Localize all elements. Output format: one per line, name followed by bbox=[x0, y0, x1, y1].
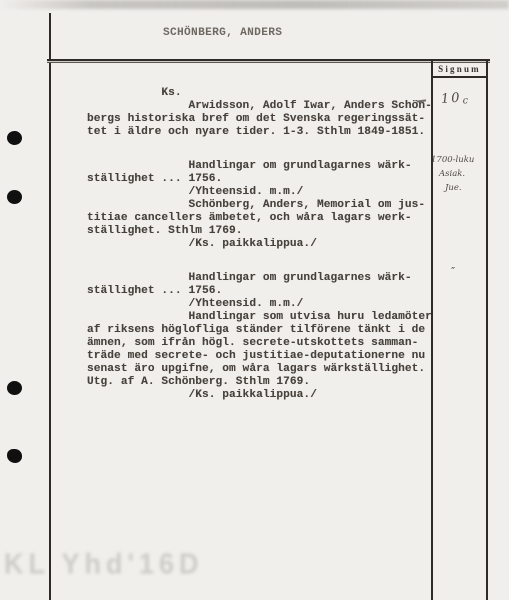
entry-block-2: Handlingar om grundlagarnes wärk- ställi… bbox=[87, 160, 432, 251]
scan-edge-shading bbox=[0, 0, 509, 9]
catalog-card-scan: KL Yhd'16D SCHÖNBERG, ANDERS Signum 10c … bbox=[0, 0, 509, 600]
card-right-edge-rule bbox=[486, 59, 488, 600]
signum-number: 10 bbox=[440, 91, 462, 107]
signum-value-10c: 10c bbox=[440, 90, 470, 108]
note-line-2: Asiak. bbox=[429, 167, 487, 181]
show-through-text: KL Yhd'16D bbox=[4, 548, 284, 581]
card-heading: SCHÖNBERG, ANDERS bbox=[163, 27, 282, 39]
signum-column-header: Signum bbox=[433, 61, 486, 78]
punch-hole-1 bbox=[6, 130, 22, 145]
signum-letter: c bbox=[462, 95, 470, 106]
punch-hole-2 bbox=[7, 190, 22, 204]
punch-hole-3 bbox=[7, 380, 23, 395]
left-margin-rule bbox=[49, 13, 51, 600]
entry-block-3: Handlingar om grundlagarnes wärk- ställi… bbox=[87, 272, 432, 402]
header-rule bbox=[47, 59, 490, 63]
signum-handwritten-note: 1700-luku Asiak. Jue. bbox=[429, 153, 487, 195]
punch-hole-4 bbox=[7, 449, 22, 463]
note-line-1: 1700-luku bbox=[429, 153, 487, 167]
signum-ditto-mark: ″ bbox=[451, 265, 455, 278]
entry-block-1: Ks. Arwidsson, Adolf Iwar, Anders Schön-… bbox=[87, 87, 432, 139]
note-line-3: Jue. bbox=[429, 181, 487, 195]
